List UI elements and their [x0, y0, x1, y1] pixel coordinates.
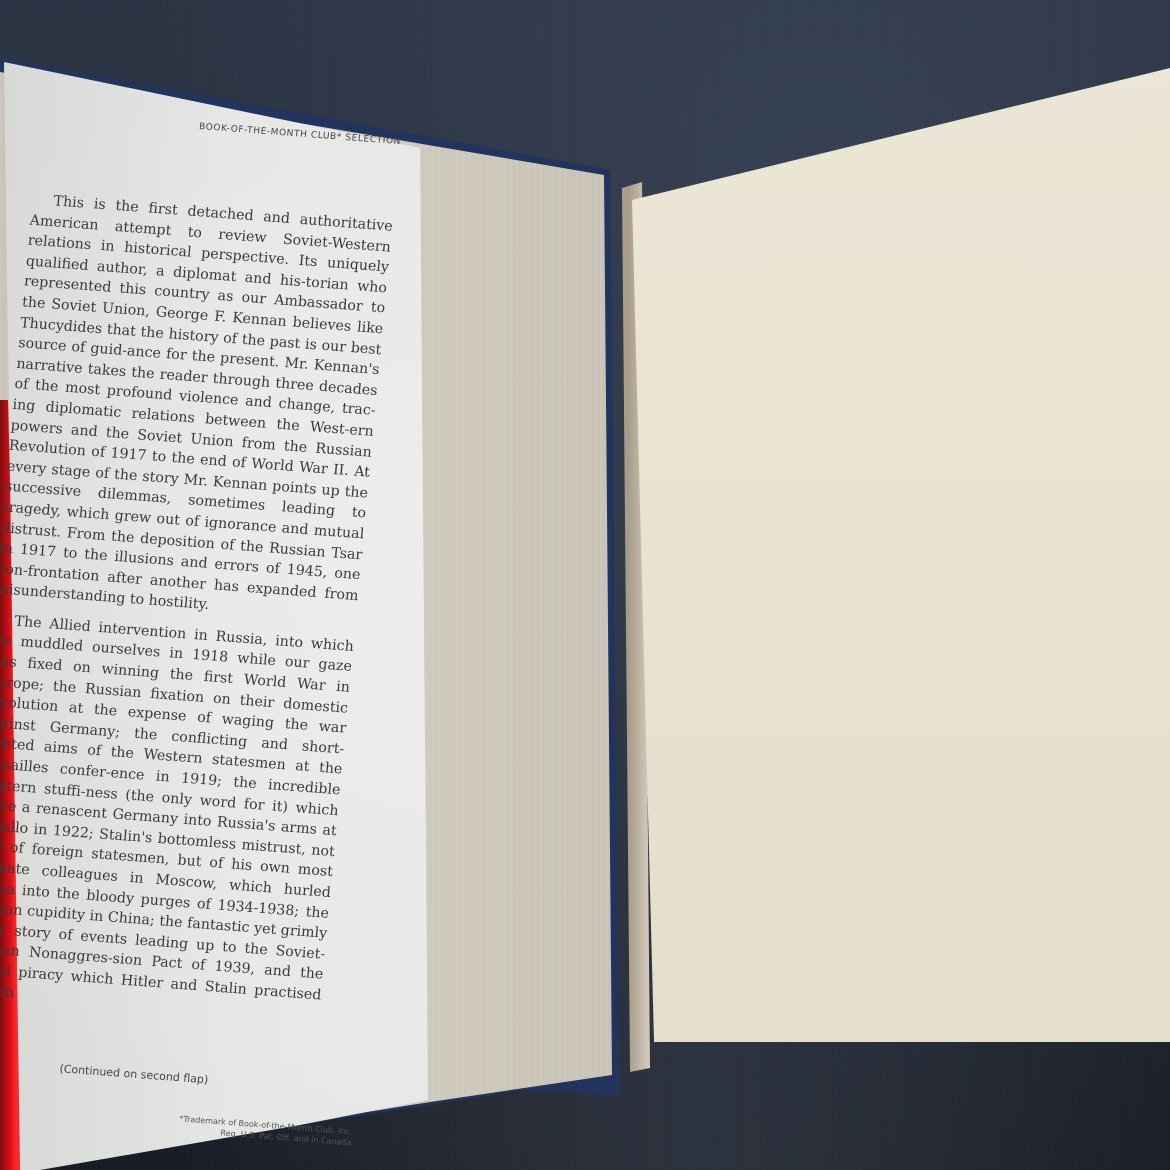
blurb-paragraph-2: The Allied intervention in Russia, into …: [0, 610, 355, 1027]
book-photo: BOOK-OF-THE-MONTH CLUB* SELECTION This i…: [0, 0, 1170, 1170]
blurb-paragraph-1: This is the first detached and authorita…: [0, 190, 394, 627]
